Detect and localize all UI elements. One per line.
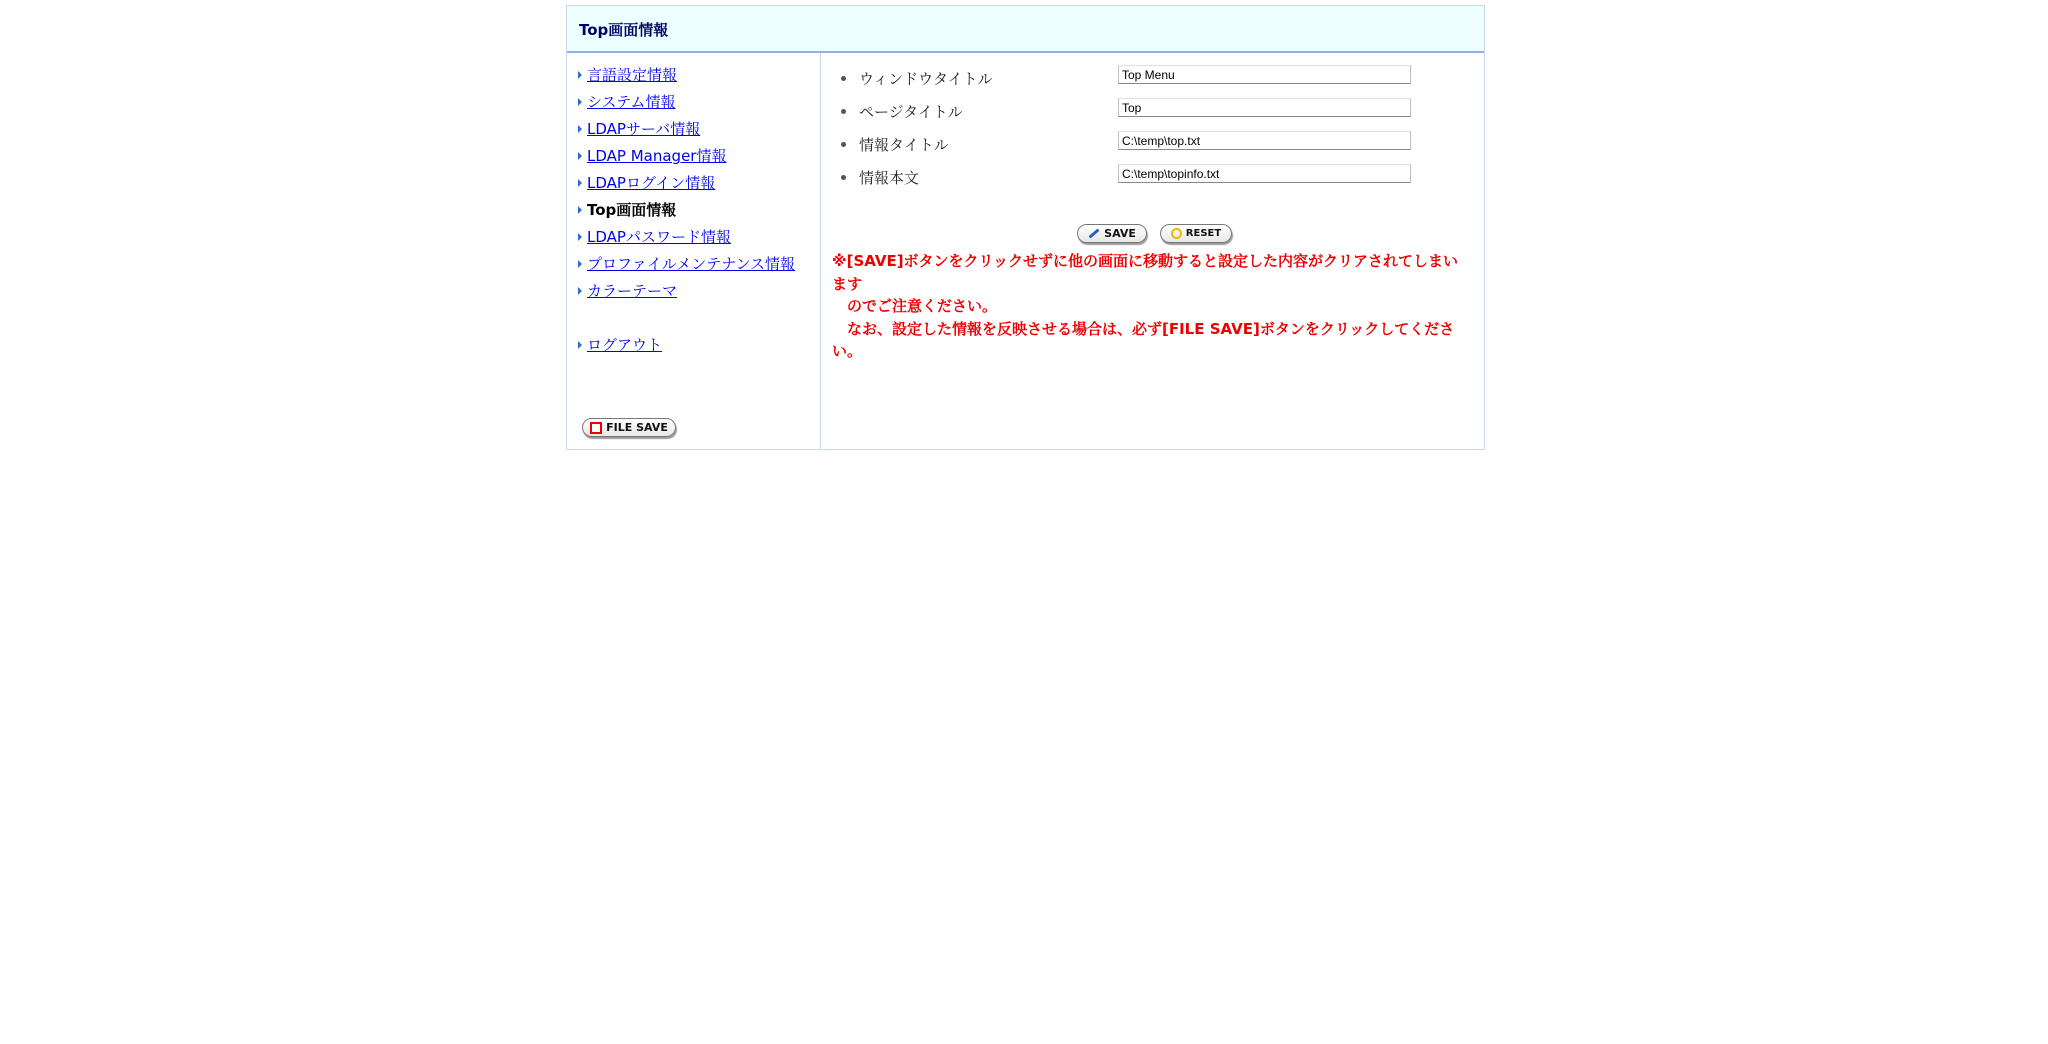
warning-notice: ※[SAVE]ボタンをクリックせずに他の画面に移動すると設定した内容がクリアされ… xyxy=(832,250,1472,363)
arrow-right-icon xyxy=(578,71,582,79)
stop-square-icon xyxy=(590,422,602,434)
sidebar-nav: 言語設定情報 システム情報 LDAPサーバ情報 LDAP Manager情報 L… xyxy=(578,62,795,359)
page-title: Top画面情報 xyxy=(579,19,668,40)
page-header: Top画面情報 xyxy=(567,6,1484,53)
sidebar-item-ldap-server[interactable]: LDAPサーバ情報 xyxy=(578,116,795,143)
sidebar-item-ldap-manager[interactable]: LDAP Manager情報 xyxy=(578,143,795,170)
file-save-label: FILE SAVE xyxy=(606,421,668,434)
field-label: ページタイトル xyxy=(859,101,963,122)
bullet-icon xyxy=(841,175,846,180)
sidebar-item-system[interactable]: システム情報 xyxy=(578,89,795,116)
bullet-icon xyxy=(841,142,846,147)
save-button[interactable]: SAVE xyxy=(1077,224,1147,243)
file-save-button[interactable]: FILE SAVE xyxy=(582,418,676,437)
bullet-icon xyxy=(841,76,846,81)
field-info-body: 情報本文 xyxy=(821,162,1481,195)
sidebar-link[interactable]: LDAPログイン情報 xyxy=(587,174,715,192)
sidebar-link[interactable]: 言語設定情報 xyxy=(587,66,677,84)
field-label: 情報本文 xyxy=(859,167,919,188)
arrow-right-icon xyxy=(578,152,582,160)
notice-line: ※[SAVE]ボタンをクリックせずに他の画面に移動すると設定した内容がクリアされ… xyxy=(832,250,1472,273)
main-content: ウィンドウタイトル ページタイトル 情報タイトル 情報本文 SAVE xyxy=(821,53,1484,449)
page-title-input[interactable] xyxy=(1118,98,1411,117)
sidebar-item-profile-maintenance[interactable]: プロファイルメンテナンス情報 xyxy=(578,251,795,278)
sidebar-link[interactable]: プロファイルメンテナンス情報 xyxy=(587,255,795,273)
spacer xyxy=(578,305,795,332)
arrow-right-icon xyxy=(578,206,582,214)
sidebar-item-top-screen: Top画面情報 xyxy=(578,197,795,224)
reset-label: RESET xyxy=(1186,228,1221,239)
arrow-right-icon xyxy=(578,341,582,349)
arrow-right-icon xyxy=(578,125,582,133)
reset-button[interactable]: RESET xyxy=(1160,224,1232,243)
logout-link[interactable]: ログアウト xyxy=(587,336,662,354)
sidebar-current-item: Top画面情報 xyxy=(587,201,676,219)
sidebar-item-ldap-password[interactable]: LDAPパスワード情報 xyxy=(578,224,795,251)
arrow-right-icon xyxy=(578,233,582,241)
settings-form: ウィンドウタイトル ページタイトル 情報タイトル 情報本文 xyxy=(821,63,1481,195)
field-page-title: ページタイトル xyxy=(821,96,1481,129)
sidebar: 言語設定情報 システム情報 LDAPサーバ情報 LDAP Manager情報 L… xyxy=(567,53,821,449)
field-info-title: 情報タイトル xyxy=(821,129,1481,162)
sidebar-link[interactable]: システム情報 xyxy=(587,93,676,111)
arrow-right-icon xyxy=(578,98,582,106)
sidebar-item-logout[interactable]: ログアウト xyxy=(578,332,795,359)
sidebar-link[interactable]: カラーテーマ xyxy=(587,282,677,300)
pencil-icon xyxy=(1089,228,1100,238)
info-body-input[interactable] xyxy=(1118,164,1411,183)
sidebar-item-language[interactable]: 言語設定情報 xyxy=(578,62,795,89)
arrow-right-icon xyxy=(578,287,582,295)
field-window-title: ウィンドウタイトル xyxy=(821,63,1481,96)
save-label: SAVE xyxy=(1104,227,1136,240)
notice-line: ます xyxy=(832,273,1472,296)
sidebar-item-ldap-login[interactable]: LDAPログイン情報 xyxy=(578,170,795,197)
arrow-right-icon xyxy=(578,260,582,268)
notice-line: なお、設定した情報を反映させる場合は、必ず[FILE SAVE]ボタンをクリック… xyxy=(832,318,1472,341)
window-title-input[interactable] xyxy=(1118,65,1411,84)
sidebar-item-color-theme[interactable]: カラーテーマ xyxy=(578,278,795,305)
bullet-icon xyxy=(841,109,846,114)
field-label: ウィンドウタイトル xyxy=(859,68,993,89)
sidebar-link[interactable]: LDAPパスワード情報 xyxy=(587,228,731,246)
notice-line: い。 xyxy=(832,340,1472,363)
sidebar-link[interactable]: LDAP Manager情報 xyxy=(587,147,726,165)
notice-line: のでご注意ください。 xyxy=(832,295,1472,318)
reset-ring-icon xyxy=(1171,228,1182,239)
arrow-right-icon xyxy=(578,179,582,187)
sidebar-link[interactable]: LDAPサーバ情報 xyxy=(587,120,700,138)
settings-panel: Top画面情報 言語設定情報 システム情報 LDAPサーバ情報 LDAP Man… xyxy=(566,5,1485,450)
field-label: 情報タイトル xyxy=(859,134,949,155)
info-title-input[interactable] xyxy=(1118,131,1411,150)
